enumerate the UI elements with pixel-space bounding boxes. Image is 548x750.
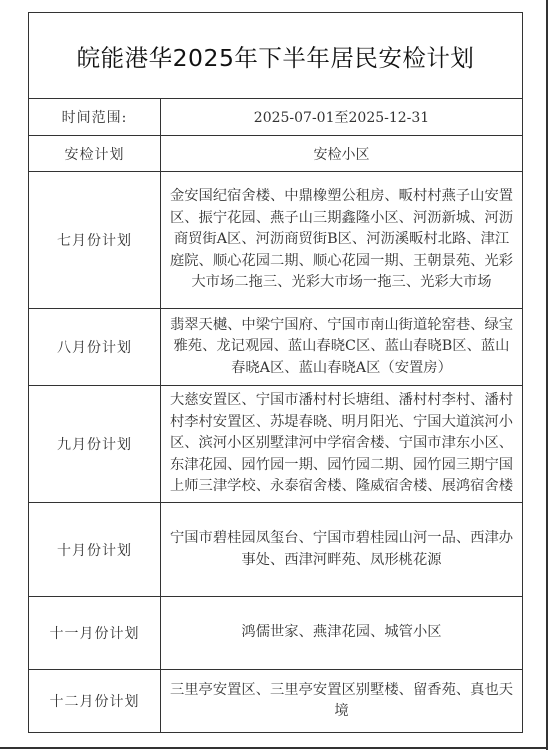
areas-list: 宁国市碧桂园凤玺台、宁国市碧桂园山河一品、西津办事处、西津河畔苑、凤形桃花源 (161, 503, 523, 597)
column-header-plan: 安检计划 (29, 136, 161, 172)
areas-list: 三里亭安置区、三里亭安置区别墅楼、留香苑、真也天境 (161, 670, 523, 733)
document-title: 皖能港华2025年下半年居民安检计划 (29, 13, 523, 99)
table-row-october: 十月份计划 宁国市碧桂园凤玺台、宁国市碧桂园山河一品、西津办事处、西津河畔苑、凤… (29, 503, 523, 597)
table-row-november: 十一月份计划 鸿儒世家、燕津花园、城管小区 (29, 597, 523, 670)
month-label: 十一月份计划 (29, 597, 161, 670)
time-range-value: 2025-07-01至2025-12-31 (161, 99, 523, 136)
page-edge-bottom (0, 747, 548, 749)
areas-list: 鸿儒世家、燕津花园、城管小区 (161, 597, 523, 670)
areas-list: 大慈安置区、宁国市潘村村长塘组、潘村村李村、潘村村李村安置区、苏堤春晓、明月阳光… (161, 386, 523, 503)
header-row: 安检计划 安检小区 (29, 136, 523, 172)
month-label: 九月份计划 (29, 386, 161, 503)
inspection-plan-table: 皖能港华2025年下半年居民安检计划 时间范围: 2025-07-01至2025… (28, 12, 523, 733)
title-row: 皖能港华2025年下半年居民安检计划 (29, 13, 523, 99)
column-header-areas: 安检小区 (161, 136, 523, 172)
month-label: 八月份计划 (29, 309, 161, 386)
areas-list: 翡翠天樾、中梁宁国府、宁国市南山街道轮窑巷、绿宝雅苑、龙记观园、蓝山春晓C区、蓝… (161, 309, 523, 386)
time-range-row: 时间范围: 2025-07-01至2025-12-31 (29, 99, 523, 136)
month-label: 七月份计划 (29, 172, 161, 309)
areas-list: 金安国纪宿舍楼、中鼎橡塑公租房、畈村村燕子山安置区、振宁花园、燕子山三期鑫隆小区… (161, 172, 523, 309)
table-row-december: 十二月份计划 三里亭安置区、三里亭安置区别墅楼、留香苑、真也天境 (29, 670, 523, 733)
month-label: 十二月份计划 (29, 670, 161, 733)
time-range-label: 时间范围: (29, 99, 161, 136)
table-row-september: 九月份计划 大慈安置区、宁国市潘村村长塘组、潘村村李村、潘村村李村安置区、苏堤春… (29, 386, 523, 503)
table-row-august: 八月份计划 翡翠天樾、中梁宁国府、宁国市南山街道轮窑巷、绿宝雅苑、龙记观园、蓝山… (29, 309, 523, 386)
table-row-july: 七月份计划 金安国纪宿舍楼、中鼎橡塑公租房、畈村村燕子山安置区、振宁花园、燕子山… (29, 172, 523, 309)
month-label: 十月份计划 (29, 503, 161, 597)
